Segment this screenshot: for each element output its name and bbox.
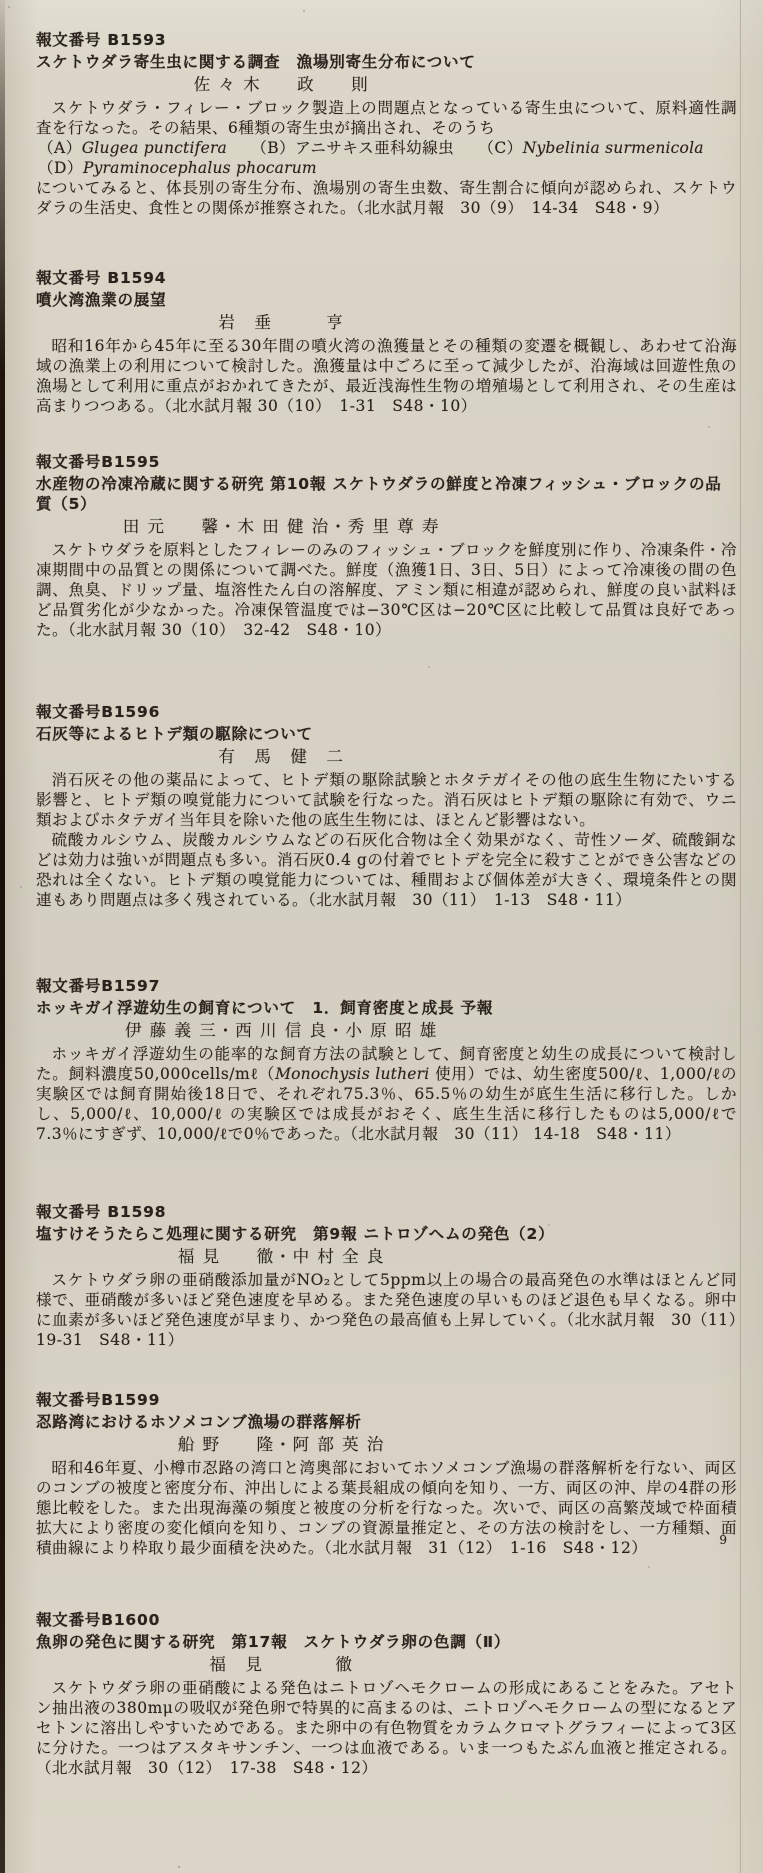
abstract-paragraph: 昭和16年から45年に至る30年間の噴火湾の漁獲量とその種類の変遷を概観し、あわ…: [36, 336, 737, 416]
report-title: 魚卵の発色に関する研究 第17報 スケトウダラ卵の色調（Ⅱ）: [36, 1632, 737, 1652]
species-name: Nybelinia surmenicola: [523, 139, 704, 157]
abstract-paragraph: スケトウダラを原料としたフィレーのみのフィッシュ・ブロックを鮮度別に作り、冷凍条…: [36, 540, 737, 640]
abstract-paragraph: スケトウダラ卵の亜硝酸添加量がNO₂として5ppm以上の場合の最高発色の水準はほ…: [36, 1270, 737, 1350]
report-authors: 佐 々 木 政 則: [36, 72, 527, 98]
report-title: 石灰等によるヒトデ類の駆除について: [36, 724, 737, 744]
text-segment: 昭和46年夏、小樽市忍路の湾口と湾奥部においてホソメコンブ漁場の群落解析を行ない…: [36, 1459, 737, 1557]
report-entry: 報文番号B1597ホッキガイ浮遊幼生の飼育について 1．飼育密度と成長 予報伊 …: [36, 976, 737, 1144]
report-title: スケトウダラ寄生虫に関する調査 漁場別寄生分布について: [36, 52, 737, 72]
scanned-document: { "document": { "kind": "printed abstrac…: [0, 0, 763, 1873]
abstract-paragraph: （A）Glugea punctifera （B）アニサキス亜科幼線虫 （C）Ny…: [36, 138, 737, 158]
report-authors: 伊 藤 義 三・西 川 信 良・小 原 昭 雄: [36, 1018, 527, 1044]
text-segment: スケトウダラを原料としたフィレーのみのフィッシュ・ブロックを鮮度別に作り、冷凍条…: [36, 541, 737, 639]
report-authors: 有 馬 健 二: [36, 744, 527, 770]
report-title: 水産物の冷凍冷蔵に関する研究 第10報 スケトウダラの鮮度と冷凍フィッシュ・ブロ…: [36, 474, 737, 514]
text-segment: 硫酸カルシウム、炭酸カルシウムなどの石灰化合物は全く効果がなく、苛性ソーダ、硫酸…: [36, 831, 737, 909]
report-number: 報文番号B1595: [36, 452, 737, 472]
scanned-page: 報文番号 B1593スケトウダラ寄生虫に関する調査 漁場別寄生分布について佐 々…: [0, 30, 763, 1778]
abstract-paragraph: についてみると、体長別の寄生分布、漁場別の寄生虫数、寄生割合に傾向が認められ、ス…: [36, 178, 737, 218]
species-name: Glugea punctifera: [82, 139, 227, 157]
abstract-paragraph: （D）Pyraminocephalus phocarum: [36, 158, 737, 178]
report-number: 報文番号B1596: [36, 702, 737, 722]
species-name: Pyraminocephalus phocarum: [83, 159, 317, 177]
report-authors: 福 見 徹・中 村 全 良: [36, 1244, 527, 1270]
report-title: 塩すけそうたらこ処理に関する研究 第9報 ニトロゾヘムの発色（2）: [36, 1224, 737, 1244]
report-number: 報文番号 B1598: [36, 1202, 737, 1222]
scan-specks: [8, 6, 10, 8]
report-entry: 報文番号 B1594噴火湾漁業の展望岩 垂 亨昭和16年から45年に至る30年間…: [36, 268, 737, 416]
stray-correction-mark: 9: [719, 1534, 727, 1546]
species-name: Monochysis lutheri: [275, 1065, 429, 1083]
text-segment: についてみると、体長別の寄生分布、漁場別の寄生虫数、寄生割合に傾向が認められ、ス…: [36, 179, 737, 217]
report-title: 忍路湾におけるホソメコンブ漁場の群落解析: [36, 1412, 737, 1432]
abstract-paragraph: ホッキガイ浮遊幼生の能率的な飼育方法の試験として、飼育密度と幼生の成長について検…: [36, 1044, 737, 1144]
text-segment: スケトウダラ・フィレー・ブロック製造上の問題点となっている寄生虫について、原料適…: [36, 99, 737, 137]
report-entry: 報文番号B1599忍路湾におけるホソメコンブ漁場の群落解析船 野 隆・阿 部 英…: [36, 1390, 737, 1558]
report-authors: 福 見 徹: [36, 1652, 527, 1678]
report-number: 報文番号 B1594: [36, 268, 737, 288]
abstract-paragraph: スケトウダラ・フィレー・ブロック製造上の問題点となっている寄生虫について、原料適…: [36, 98, 737, 138]
report-title: 噴火湾漁業の展望: [36, 290, 737, 310]
text-segment: （B）アニサキス亜科幼線虫 （C）: [227, 139, 523, 157]
report-entry: 報文番号 B1598塩すけそうたらこ処理に関する研究 第9報 ニトロゾヘムの発色…: [36, 1202, 737, 1350]
report-entry: 報文番号B1595水産物の冷凍冷蔵に関する研究 第10報 スケトウダラの鮮度と冷…: [36, 452, 737, 640]
text-segment: スケトウダラ卵の亜硝酸による発色はニトロゾヘモクロームの形成にあることをみた。ア…: [36, 1679, 737, 1777]
report-number: 報文番号B1597: [36, 976, 737, 996]
text-segment: （A）: [38, 139, 82, 157]
report-number: 報文番号 B1593: [36, 30, 737, 50]
abstract-paragraph: スケトウダラ卵の亜硝酸による発色はニトロゾヘモクロームの形成にあることをみた。ア…: [36, 1678, 737, 1778]
report-authors: 田 元 馨・木 田 健 治・秀 里 尊 寿: [36, 514, 527, 540]
report-entry: 報文番号B1596石灰等によるヒトデ類の駆除について有 馬 健 二消石灰その他の…: [36, 702, 737, 910]
abstract-paragraph: 消石灰その他の薬品によって、ヒトデ類の駆除試験とホタテガイその他の底生生物にたい…: [36, 770, 737, 830]
text-segment: （D）: [38, 159, 83, 177]
text-segment: 昭和16年から45年に至る30年間の噴火湾の漁獲量とその種類の変遷を概観し、あわ…: [36, 337, 737, 415]
report-number: 報文番号B1600: [36, 1610, 737, 1630]
report-authors: 岩 垂 亨: [36, 310, 527, 336]
report-authors: 船 野 隆・阿 部 英 治: [36, 1432, 527, 1458]
abstract-paragraph: 昭和46年夏、小樽市忍路の湾口と湾奥部においてホソメコンブ漁場の群落解析を行ない…: [36, 1458, 737, 1558]
abstract-paragraph: 硫酸カルシウム、炭酸カルシウムなどの石灰化合物は全く効果がなく、苛性ソーダ、硫酸…: [36, 830, 737, 910]
report-entry: 報文番号B1600魚卵の発色に関する研究 第17報 スケトウダラ卵の色調（Ⅱ）福…: [36, 1610, 737, 1778]
report-number: 報文番号B1599: [36, 1390, 737, 1410]
report-entry: 報文番号 B1593スケトウダラ寄生虫に関する調査 漁場別寄生分布について佐 々…: [36, 30, 737, 218]
text-segment: スケトウダラ卵の亜硝酸添加量がNO₂として5ppm以上の場合の最高発色の水準はほ…: [36, 1271, 753, 1349]
report-title: ホッキガイ浮遊幼生の飼育について 1．飼育密度と成長 予報: [36, 998, 737, 1018]
text-segment: 消石灰その他の薬品によって、ヒトデ類の駆除試験とホタテガイその他の底生生物にたい…: [36, 771, 737, 829]
